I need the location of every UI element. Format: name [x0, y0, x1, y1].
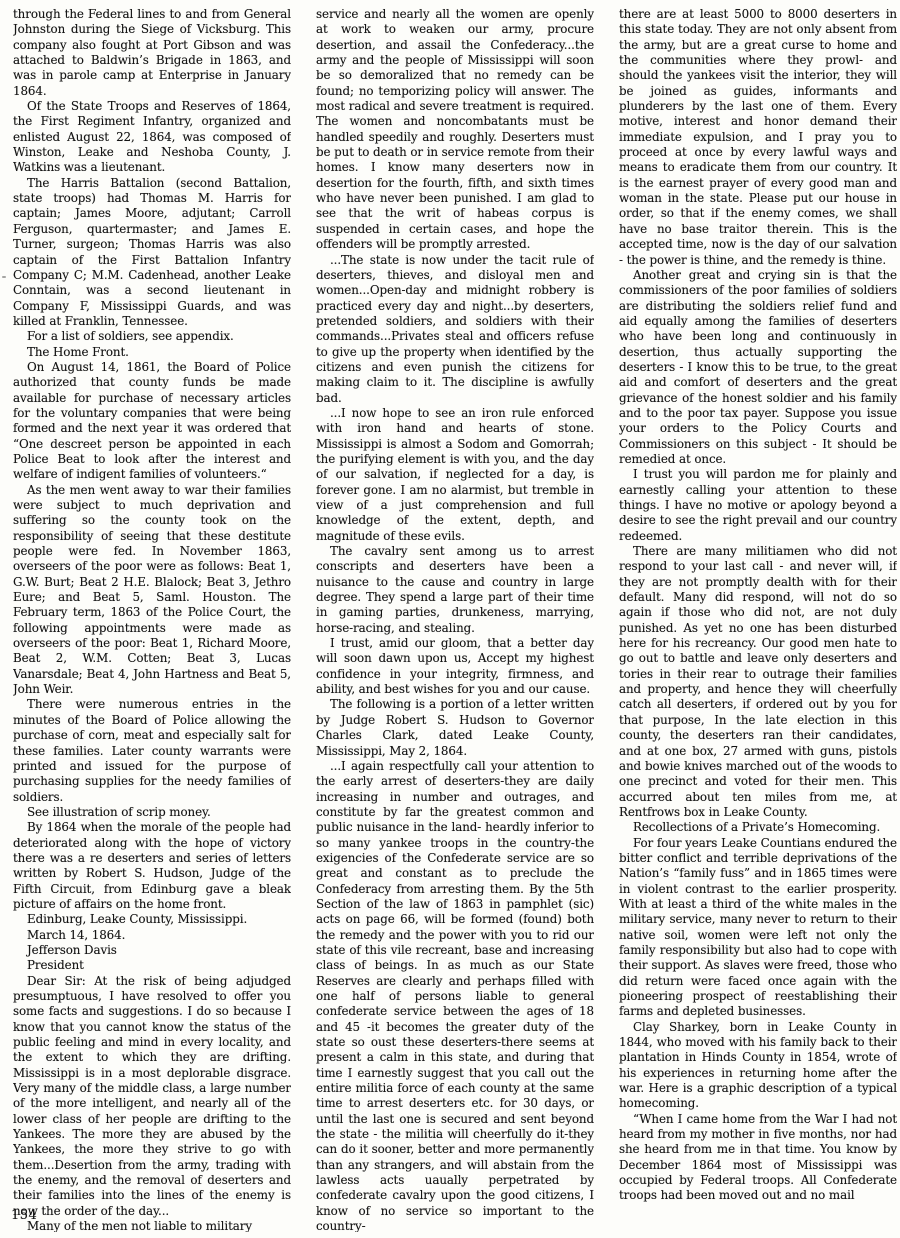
paragraph: There are many militiamen who did not re… [619, 544, 897, 820]
paragraph: ...I now hope to see an iron rule enforc… [316, 406, 594, 544]
paragraph: For a list of soldiers, see appendix. [13, 329, 291, 344]
paragraph: through the Federal lines to and from Ge… [13, 7, 291, 99]
paragraph: The cavalry sent among us to arrest cons… [316, 544, 594, 636]
paragraph: I trust, amid our gloom, that a better d… [316, 636, 594, 697]
paragraph: The following is a portion of a letter w… [316, 697, 594, 758]
paragraph: March 14, 1864. [13, 928, 291, 943]
paragraph: See illustration of scrip money. [13, 805, 291, 820]
paragraph: Clay Sharkey, born in Leake County in 18… [619, 1020, 897, 1112]
text-column-1: through the Federal lines to and from Ge… [13, 7, 291, 1232]
paragraph: Edinburg, Leake County, Mississippi. [13, 912, 291, 927]
paragraph: On August 14, 1861, the Board of Police … [13, 360, 291, 483]
paragraph: Another great and crying sin is that the… [619, 268, 897, 467]
paragraph: Of the State Troops and Reserves of 1864… [13, 99, 291, 176]
paragraph: Jefferson Davis [13, 943, 291, 958]
paragraph: I trust you will pardon me for plainly a… [619, 467, 897, 544]
scan-speck [2, 276, 6, 278]
paragraph: President [13, 958, 291, 973]
text-column-3: there are at least 5000 to 8000 deserter… [619, 7, 897, 1232]
paragraph: For four years Leake Countians endured t… [619, 836, 897, 1020]
paragraph: The Home Front. [13, 345, 291, 360]
paragraph: Dear Sir: At the risk of being adjudged … [13, 974, 291, 1220]
page-number: 154 [11, 1208, 37, 1223]
paragraph: service and nearly all the women are ope… [316, 7, 594, 253]
paragraph: ...I again respectfully call your attent… [316, 759, 594, 1232]
paragraph: As the men went away to war their famili… [13, 483, 291, 698]
paragraph: Many of the men not liable to military [13, 1219, 291, 1232]
text-column-2: service and nearly all the women are ope… [316, 7, 594, 1232]
paragraph: The Harris Battalion (second Battalion, … [13, 176, 291, 329]
paragraph: There were numerous entries in the minut… [13, 697, 291, 804]
paragraph: By 1864 when the morale of the people ha… [13, 820, 291, 912]
paragraph: there are at least 5000 to 8000 deserter… [619, 7, 897, 268]
paragraph: Recollections of a Private’s Homecoming. [619, 820, 897, 835]
book-page: through the Federal lines to and from Ge… [0, 0, 900, 1238]
paragraph: ...The state is now under the tacit rule… [316, 253, 594, 406]
text-columns: through the Federal lines to and from Ge… [13, 7, 897, 1232]
paragraph: “When I came home from the War I had not… [619, 1112, 897, 1204]
